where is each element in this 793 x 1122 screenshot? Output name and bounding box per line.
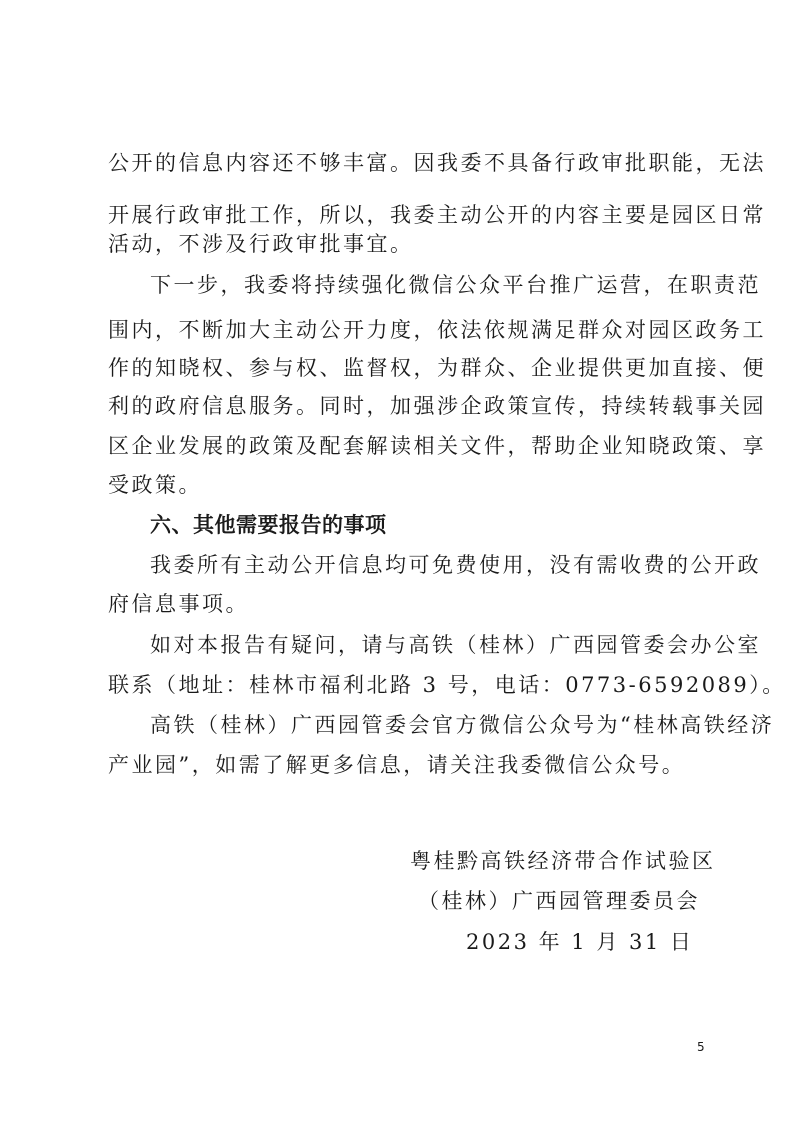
text-line: 活动，不涉及行政审批事宜。 — [108, 229, 708, 259]
text-line: 府信息事项。 — [108, 589, 708, 619]
text-line: 作的知晓权、参与权、监督权，为群众、企业提供更加直接、便 — [108, 353, 708, 383]
text-line: 开展行政审批工作，所以，我委主动公开的内容主要是园区日常 — [108, 200, 708, 230]
text-line: 产业园”，如需了解更多信息，请关注我委微信公众号。 — [108, 750, 708, 780]
text-line: 围内，不断加大主动公开力度，依法依规满足群众对园区政务工 — [108, 315, 708, 345]
text-line: 高铁（桂林）广西园管委会官方微信公众号为“桂林高铁经济 — [150, 710, 710, 740]
text-line: 我委所有主动公开信息均可免费使用，没有需收费的公开政 — [150, 550, 710, 580]
text-line: 利的政府信息服务。同时，加强涉企政策宣传，持续转载事关园 — [108, 391, 708, 421]
text-line: 区企业发展的政策及配套解读相关文件，帮助企业知晓政策、享 — [108, 431, 708, 461]
text-line: 下一步，我委将持续强化微信公众平台推广运营，在职责范 — [150, 270, 710, 300]
page-number: 5 — [697, 1040, 705, 1054]
section-heading: 六、其他需要报告的事项 — [150, 510, 710, 540]
signature-org-line1: 粤桂黔高铁经济带合作试验区 — [410, 846, 716, 876]
signature-org-line2: （桂林）广西园管理委员会 — [418, 886, 700, 916]
signature-date: 2023 年 1 月 31 日 — [466, 927, 693, 957]
text-line: 联系（地址：桂林市福利北路 3 号，电话：0773-6592089）。 — [108, 670, 708, 700]
text-line: 受政策。 — [108, 470, 708, 500]
text-line: 公开的信息内容还不够丰富。因我委不具备行政审批职能，无法 — [108, 148, 708, 178]
text-line: 如对本报告有疑问，请与高铁（桂林）广西园管委会办公室 — [150, 630, 710, 660]
